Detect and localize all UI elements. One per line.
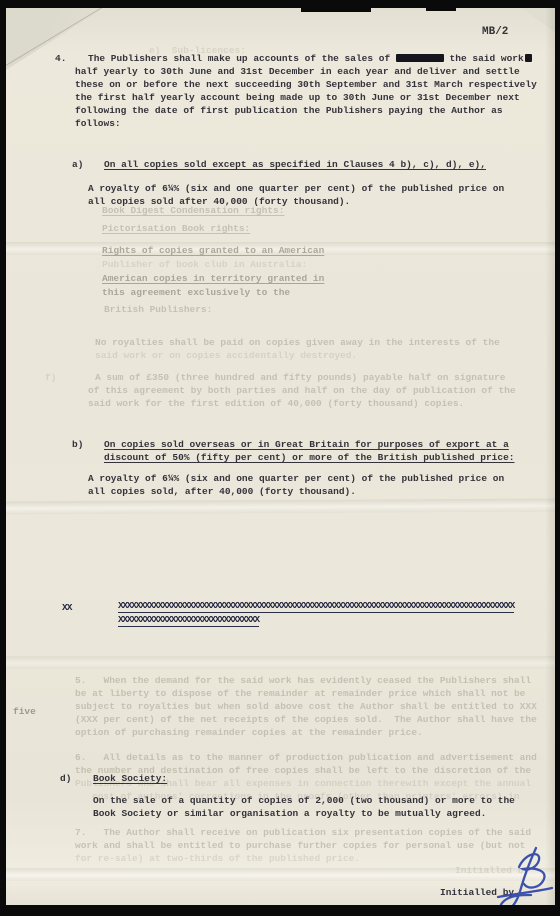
ghost-line: British Publishers: xyxy=(104,303,212,316)
ghost-line: for re-sale) at two-thirds of the publis… xyxy=(75,852,360,865)
clause-4-line: following the date of first publication … xyxy=(75,104,503,117)
ghost-line: (XXX per cent) of the net receipts of th… xyxy=(75,713,537,726)
clause-4-line: half yearly to 30th June and 31st Decemb… xyxy=(75,65,520,78)
section-b-body-line: all copies sold, after 40,000 (forty tho… xyxy=(88,485,356,498)
ghost-line: of this agreement by both parties and ha… xyxy=(88,384,516,397)
section-b-heading-line: On copies sold overseas or in Great Brit… xyxy=(104,438,509,451)
section-d-body-line: On the sale of a quantity of copies of 2… xyxy=(93,794,515,807)
clause-4-line-1: The Publishers shall make up accounts of… xyxy=(88,52,532,65)
right-edge-shadow xyxy=(545,8,555,905)
section-a-heading: On all copies sold except as specified i… xyxy=(104,158,486,171)
redaction-mark xyxy=(525,54,532,62)
ghost-line: 6. All details as to the manner of produ… xyxy=(75,751,537,764)
document-page: MB/2 e) Sub-licences: 4. The Publishers … xyxy=(6,8,555,905)
scan-noise xyxy=(301,8,371,12)
ghost-line: Pictorisation Book rights: xyxy=(102,222,250,235)
ghost-line: be at liberty to dispose of the remainde… xyxy=(75,687,525,700)
ghost-line: No royalties shall be paid on copies giv… xyxy=(95,336,500,349)
ghost-line: A sum of £350 (three hundred and fifty p… xyxy=(95,371,505,384)
ghost-line: subject to royalties but when sold above… xyxy=(75,700,537,713)
ghost-line: Publisher of book club in Australia: xyxy=(102,258,307,271)
struck-clause-label: XX xyxy=(62,601,71,614)
section-a-label: a) xyxy=(72,158,83,171)
scan-noise xyxy=(426,8,456,11)
redaction-mark xyxy=(396,54,444,62)
struck-out-text-line: XXXXXXXXXXXXXXXXXXXXXXXXXXXXXXXXXXXXXXXX… xyxy=(118,600,514,613)
ghost-line: said work for the first edition of 40,00… xyxy=(88,397,464,410)
clause-4-line: these on or before the next succeeding 3… xyxy=(75,78,537,91)
ghost-line: f) xyxy=(45,371,56,384)
clause-4-line: follows: xyxy=(75,117,121,130)
section-d-label: d) xyxy=(60,772,71,785)
section-b-label: b) xyxy=(72,438,83,451)
clause-4-line-1-pre: The Publishers shall make up accounts of… xyxy=(88,53,396,64)
section-b-heading-line: discount of 50% (fifty per cent) or more… xyxy=(104,451,514,464)
ghost-line: 5. When the demand for the said work has… xyxy=(75,674,531,687)
ghost-line: said work or on copies accidentally dest… xyxy=(95,349,357,362)
section-d-body-line: Book Society or similar organisation a r… xyxy=(93,807,486,820)
ghost-line: Rights of copies granted to an American xyxy=(102,244,324,257)
struck-out-text-line: XXXXXXXXXXXXXXXXXXXXXXXXXXXXXXXX xyxy=(118,614,259,627)
scanned-contract-screenshot: { "page": { "ref": "MB/2", "margin_word"… xyxy=(0,0,560,916)
clause-4-line-1-post: the said work xyxy=(444,53,524,64)
ghost-line: this agreement exclusively to the xyxy=(102,286,290,299)
margin-page-word: five xyxy=(13,705,36,718)
ghost-line: 7. The Author shall receive on publicati… xyxy=(75,826,531,839)
ghost-line: American copies in territory granted in xyxy=(102,272,324,285)
clause-4-line: the first half yearly account being made… xyxy=(75,91,520,104)
section-a-body-line: A royalty of 6¼% (six and one quarter pe… xyxy=(88,182,504,195)
horizontal-crease xyxy=(6,499,555,515)
section-d-heading: Book Society: xyxy=(93,772,167,785)
clause-number: 4. xyxy=(55,52,66,65)
ghost-line: Book Digest Condensation rights: xyxy=(102,204,284,217)
ghost-line: option of purchasing remainder copies at… xyxy=(75,726,423,739)
handwritten-initials-signature xyxy=(494,844,555,905)
ghost-line: work and shall be entitled to purchase f… xyxy=(75,839,525,852)
page-reference: MB/2 xyxy=(482,26,508,39)
horizontal-crease xyxy=(6,656,555,669)
section-b-body-line: A royalty of 6¼% (six and one quarter pe… xyxy=(88,472,504,485)
